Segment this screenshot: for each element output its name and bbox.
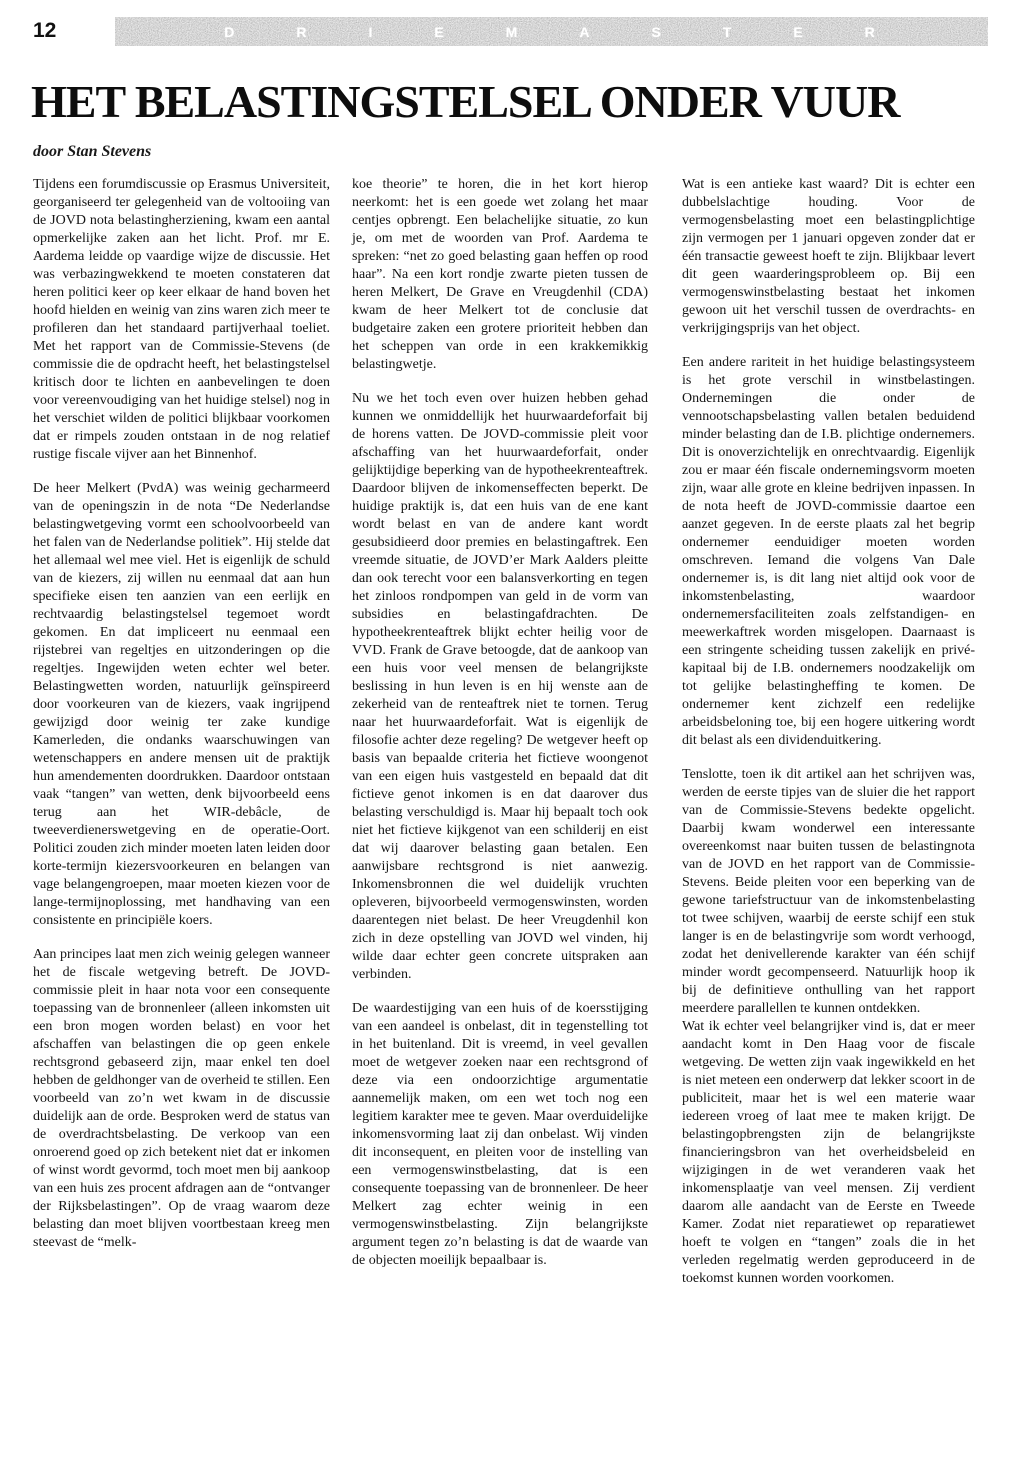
banner-title: DRIEMASTER — [115, 17, 988, 46]
text-column-1: Tijdens een forumdiscussie op Erasmus Un… — [33, 176, 330, 1288]
paragraph: De heer Melkert (PvdA) was weinig gechar… — [33, 480, 330, 930]
paragraph: Een andere rariteit in het huidige belas… — [682, 354, 975, 750]
paragraph: Nu we het toch even over huizen hebben g… — [352, 390, 648, 984]
article-byline: door Stan Stevens — [33, 143, 151, 161]
driemaster-banner: DRIEMASTER — [115, 17, 988, 46]
paragraph: Tenslotte, toen ik dit artikel aan het s… — [682, 766, 975, 1018]
article-body: Tijdens een forumdiscussie op Erasmus Un… — [33, 176, 976, 1288]
paragraph: De waardestijging van een huis of de koe… — [352, 1000, 648, 1270]
paragraph: koe theorie” te horen, die in het kort h… — [352, 176, 648, 374]
page-number: 12 — [33, 19, 56, 43]
paragraph: Aan principes laat men zich weinig geleg… — [33, 946, 330, 1252]
magazine-page: 12 DRIEMASTER HET BELASTINGSTELSEL ONDER… — [0, 0, 1024, 1465]
article-headline: HET BELASTINGSTELSEL ONDER VUUR — [31, 76, 899, 128]
paragraph: Wat is een antieke kast waard? Dit is ec… — [682, 176, 975, 338]
text-column-2: koe theorie” te horen, die in het kort h… — [352, 176, 648, 1288]
paragraph: Tijdens een forumdiscussie op Erasmus Un… — [33, 176, 330, 464]
paragraph: Wat ik echter veel belangrijker vind is,… — [682, 1018, 975, 1288]
text-column-3: Wat is een antieke kast waard? Dit is ec… — [682, 176, 975, 1288]
